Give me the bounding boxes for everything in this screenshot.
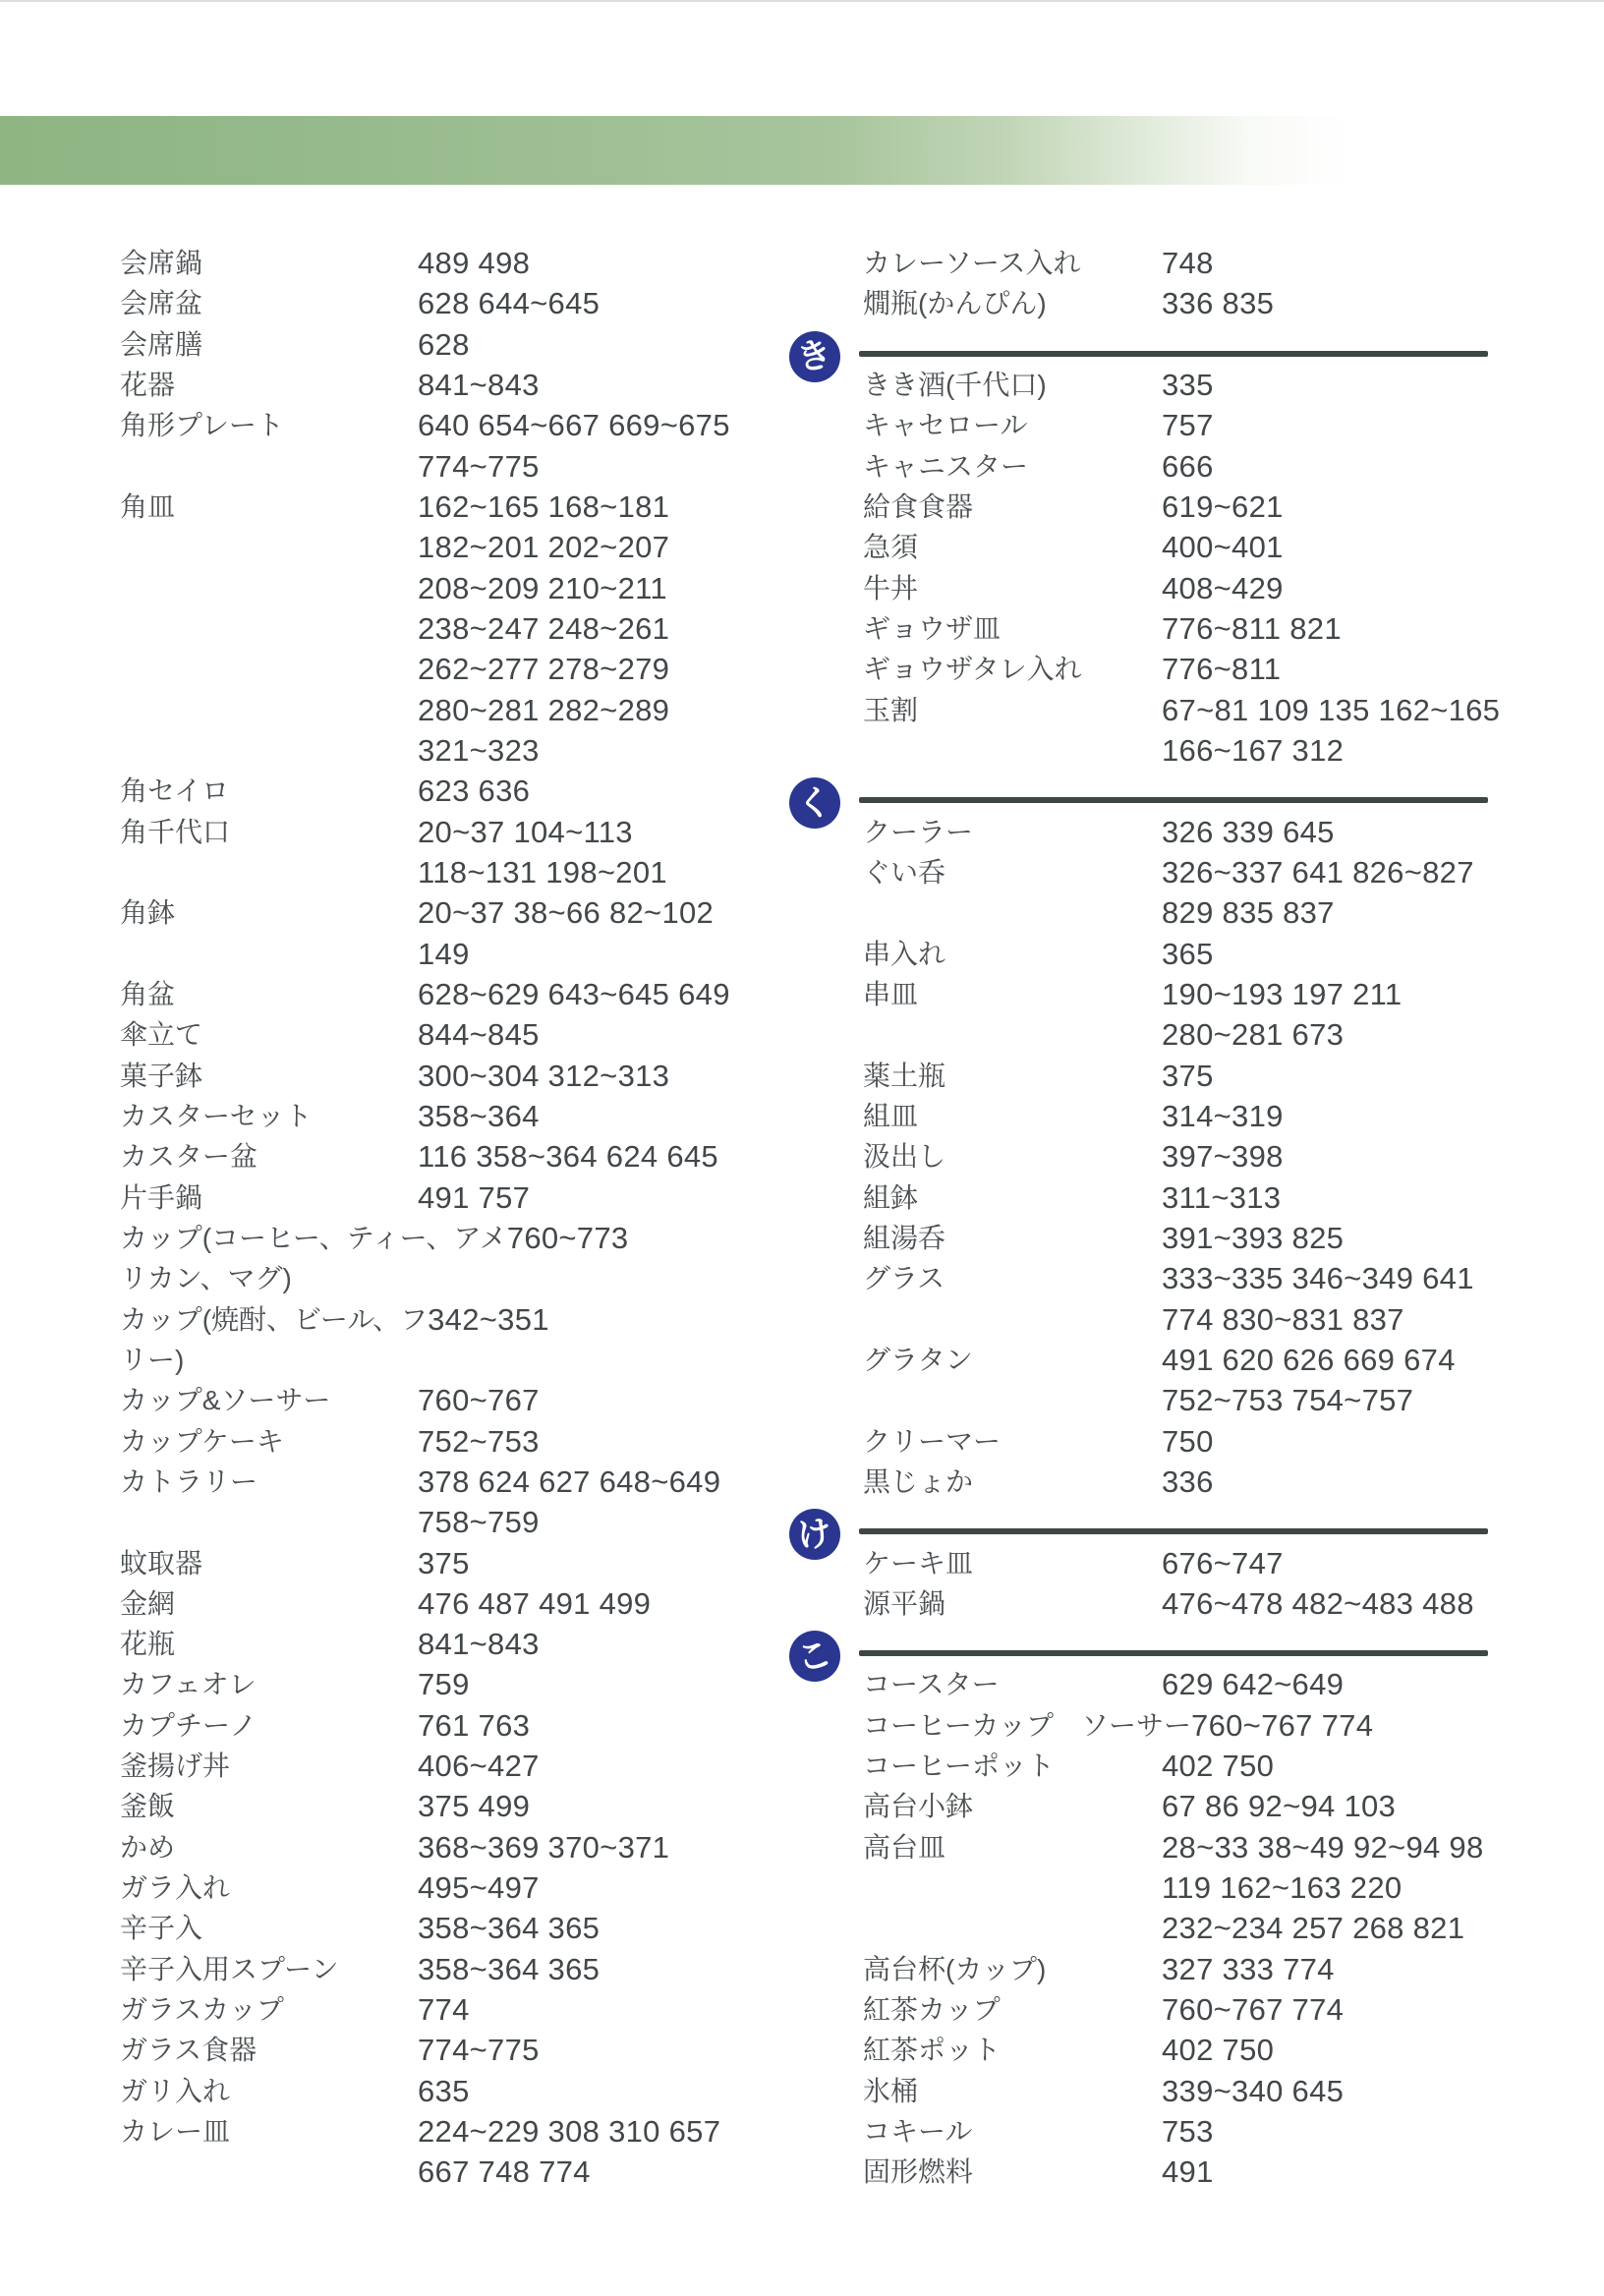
entry-pages-line: 365 xyxy=(1162,934,1530,974)
index-entry: カレー皿224~229 308 310 657667 748 774 xyxy=(120,2111,792,2193)
entry-pages-line: 776~811 821 xyxy=(1162,608,1530,649)
entry-term-line: 氷桶 xyxy=(863,2071,1162,2111)
entry-pages-line: 750 xyxy=(1162,1421,1530,1462)
entry-pages-line: 841~843 xyxy=(418,1624,792,1664)
index-entry: カフェオレ759 xyxy=(120,1664,792,1704)
entry-pages-line: 333~335 346~349 641 xyxy=(1162,1258,1530,1298)
entry-term: カレー皿 xyxy=(120,2111,418,2152)
entry-term-line: 角皿 xyxy=(120,487,418,527)
entry-pages-line: 67~81 109 135 162~165 xyxy=(1162,690,1530,730)
entry-term: 高台皿 xyxy=(863,1827,1162,1867)
entry-term-line: 紅茶カップ xyxy=(863,1989,1162,2030)
index-entry: 玉割67~81 109 135 162~165166~167 312 xyxy=(863,690,1530,772)
entry-pages-line: 774~775 xyxy=(418,446,792,487)
entry-pages-line: 402 750 xyxy=(1162,2030,1530,2070)
index-entry: 会席鍋489 498 xyxy=(120,243,792,283)
entry-term-line: 高台杯(カップ) xyxy=(863,1949,1162,1989)
entry-term: 給食食器 xyxy=(863,487,1162,527)
entry-term: コースター xyxy=(863,1664,1162,1704)
entry-term: 組皿 xyxy=(863,1096,1162,1136)
entry-pages-line: 20~37 104~113 xyxy=(418,812,792,852)
entry-pages-line: 358~364 365 xyxy=(418,1908,792,1948)
entry-pages-line: 761 763 xyxy=(418,1705,792,1746)
entry-term: カップ(焼酎、ビール、フリー) xyxy=(120,1299,428,1381)
entry-pages: 408~429 xyxy=(1162,568,1530,608)
entry-pages-line: 628 644~645 xyxy=(418,283,792,323)
entry-pages: 628 xyxy=(418,324,792,365)
entry-term: 牛丼 xyxy=(863,568,1162,608)
index-entry: 給食食器619~621 xyxy=(863,487,1530,527)
entry-pages-line: 280~281 673 xyxy=(1162,1014,1530,1055)
entry-term-line: キャセロール xyxy=(863,405,1162,445)
index-entry: カップケーキ752~753 xyxy=(120,1421,792,1462)
entry-term: 串入れ xyxy=(863,934,1162,974)
entry-pages: 326 339 645 xyxy=(1162,812,1530,852)
entry-pages: 750 xyxy=(1162,1421,1530,1462)
entry-pages-line: 375 xyxy=(1162,1056,1530,1096)
section-rule-ko xyxy=(859,1650,1488,1656)
scan-top-edge xyxy=(0,0,1604,2)
index-entry: コキール753 xyxy=(863,2111,1530,2152)
entry-term: 角盆 xyxy=(120,974,418,1014)
entry-pages: 224~229 308 310 657667 748 774 xyxy=(418,2111,792,2193)
entry-term: 会席鍋 xyxy=(120,243,418,283)
index-entry: 角皿162~165 168~181182~201 202~207208~209 … xyxy=(120,487,792,771)
entry-term-line: 組鉢 xyxy=(863,1177,1162,1218)
entry-term: 角セイロ xyxy=(120,771,418,811)
kana-badge-ku-icon: く xyxy=(789,777,840,829)
entry-pages: 327 333 774 xyxy=(1162,1949,1530,1989)
entry-pages: 491 xyxy=(1162,2152,1530,2192)
entry-term: 片手鍋 xyxy=(120,1177,418,1218)
entry-pages: 375 xyxy=(1162,1056,1530,1096)
index-entry: 片手鍋491 757 xyxy=(120,1177,792,1218)
entry-pages-line: 28~33 38~49 92~94 98 xyxy=(1162,1827,1530,1867)
entry-pages: 406~427 xyxy=(418,1746,792,1786)
entry-term-line: コーヒーポット xyxy=(863,1746,1162,1786)
entry-pages: 28~33 38~49 92~94 98119 162~163 220232~2… xyxy=(1162,1827,1530,1949)
entry-pages-line: 224~229 308 310 657 xyxy=(418,2111,792,2152)
entry-term: カトラリー xyxy=(120,1462,418,1502)
kana-badge-ko-icon: こ xyxy=(789,1631,840,1682)
entry-term-line: 会席鍋 xyxy=(120,243,418,283)
entry-term: 固形燃料 xyxy=(863,2152,1162,2192)
entry-pages-line: 119 162~163 220 xyxy=(1162,1867,1530,1908)
entry-pages-line: 378 624 627 648~649 xyxy=(418,1462,792,1502)
entry-term-line: 組湯呑 xyxy=(863,1218,1162,1258)
entry-term: クリーマー xyxy=(863,1421,1162,1462)
index-entry: 角千代口20~37 104~113118~131 198~201 xyxy=(120,812,792,893)
entry-pages-line: 391~393 825 xyxy=(1162,1218,1530,1258)
entry-term-line: 急須 xyxy=(863,527,1162,567)
entry-pages: 339~340 645 xyxy=(1162,2071,1530,2111)
entry-term-line: カトラリー xyxy=(120,1462,418,1502)
entry-term: カップ(コーヒー、ティー、アメリカン、マグ) xyxy=(120,1218,507,1299)
entry-term-line: ガラスカップ xyxy=(120,1989,418,2030)
entry-term-line: 角盆 xyxy=(120,974,418,1014)
catalog-index-page: 会席鍋489 498会席盆628 644~645会席膳628花器841~843角… xyxy=(0,0,1604,2296)
entry-pages-line: 844~845 xyxy=(418,1014,792,1055)
entry-pages-line: 326 339 645 xyxy=(1162,812,1530,852)
entry-term: カスターセット xyxy=(120,1096,418,1136)
entry-term-line: 花瓶 xyxy=(120,1624,418,1664)
entry-pages: 402 750 xyxy=(1162,2030,1530,2070)
entry-term-line: 黒じょか xyxy=(863,1462,1162,1502)
entry-pages: 400~401 xyxy=(1162,527,1530,567)
entry-pages-line: 491 620 626 669 674 xyxy=(1162,1340,1530,1380)
entry-pages: 841~843 xyxy=(418,1624,792,1664)
entry-pages: 375 499 xyxy=(418,1786,792,1826)
entry-pages: 358~364 xyxy=(418,1096,792,1136)
index-entry: 源平鍋476~478 482~483 488 xyxy=(863,1583,1530,1624)
entry-term: カップ&ソーサー xyxy=(120,1380,418,1420)
entry-pages-line: 326~337 641 826~827 xyxy=(1162,852,1530,892)
entry-pages-line: 676~747 xyxy=(1162,1543,1530,1583)
entry-term: 串皿 xyxy=(863,974,1162,1014)
entry-term-line: カスター盆 xyxy=(120,1136,418,1177)
entry-pages: 640 654~667 669~675774~775 xyxy=(418,405,792,487)
entry-pages-line: 20~37 38~66 82~102 xyxy=(418,892,792,933)
index-entry: ガラス食器774~775 xyxy=(120,2030,792,2070)
entry-pages-line: 336 xyxy=(1162,1462,1530,1502)
entry-pages-line: 358~364 xyxy=(418,1096,792,1136)
entry-pages: 20~37 104~113118~131 198~201 xyxy=(418,812,792,893)
entry-pages: 20~37 38~66 82~102149 xyxy=(418,892,792,974)
section-rule-ke xyxy=(859,1528,1488,1534)
index-entry: 高台杯(カップ)327 333 774 xyxy=(863,1949,1530,1989)
index-entry: カップ(焼酎、ビール、フリー)342~351 xyxy=(120,1299,792,1381)
entry-pages-line: 635 xyxy=(418,2071,792,2111)
entry-pages: 491 757 xyxy=(418,1177,792,1218)
entry-pages-line: 760~767 xyxy=(418,1380,792,1420)
entry-pages-line: 491 xyxy=(1162,2152,1530,2192)
entry-pages-line: 760~767 774 xyxy=(1191,1705,1530,1746)
entry-pages-line: 757 xyxy=(1162,405,1530,445)
entry-term-line: 角鉢 xyxy=(120,892,418,933)
index-entry: コーヒーカップ ソーサー760~767 774 xyxy=(863,1705,1530,1746)
entry-term-line: 紅茶ポット xyxy=(863,2030,1162,2070)
entry-term: ガラス食器 xyxy=(120,2030,418,2070)
entry-term: ギョウザタレ入れ xyxy=(863,649,1162,689)
entry-pages: 495~497 xyxy=(418,1867,792,1908)
entry-term: きき酒(千代口) xyxy=(863,365,1162,405)
entry-term-line: 角千代口 xyxy=(120,812,418,852)
entry-pages: 333~335 346~349 641774 830~831 837 xyxy=(1162,1258,1530,1340)
entry-pages: 300~304 312~313 xyxy=(418,1056,792,1096)
index-entry: かめ368~369 370~371 xyxy=(120,1827,792,1867)
entry-pages-line: 402 750 xyxy=(1162,1746,1530,1786)
entry-pages: 774~775 xyxy=(418,2030,792,2070)
entry-pages: 476 487 491 499 xyxy=(418,1583,792,1624)
entry-pages: 326~337 641 826~827829 835 837 xyxy=(1162,852,1530,934)
entry-term: 傘立て xyxy=(120,1014,418,1055)
entry-pages: 489 498 xyxy=(418,243,792,283)
index-entry: カトラリー378 624 627 648~649758~759 xyxy=(120,1462,792,1543)
entry-term-line: ガリ入れ xyxy=(120,2071,418,2111)
entry-term: 角鉢 xyxy=(120,892,418,933)
entry-term-line: コーヒーカップ ソーサー xyxy=(863,1705,1191,1746)
index-entry: 氷桶339~340 645 xyxy=(863,2071,1530,2111)
entry-term: ガラ入れ xyxy=(120,1867,418,1908)
entry-term-line: 串皿 xyxy=(863,974,1162,1014)
entry-term: 辛子入用スプーン xyxy=(120,1949,418,1989)
entry-pages: 378 624 627 648~649758~759 xyxy=(418,1462,792,1543)
entry-term-line: 蚊取器 xyxy=(120,1543,418,1583)
index-entry: 釜飯375 499 xyxy=(120,1786,792,1826)
entry-pages-line: 774 830~831 837 xyxy=(1162,1299,1530,1340)
entry-term-line: 菓子鉢 xyxy=(120,1056,418,1096)
entry-pages-line: 232~234 257 268 821 xyxy=(1162,1908,1530,1948)
entry-pages-line: 753 xyxy=(1162,2111,1530,2152)
kana-glyph-ke: け xyxy=(796,1516,833,1553)
entry-pages-line: 640 654~667 669~675 xyxy=(418,405,792,445)
entry-pages-line: 408~429 xyxy=(1162,568,1530,608)
index-entry: コースター629 642~649 xyxy=(863,1664,1530,1704)
entry-pages: 753 xyxy=(1162,2111,1530,2152)
entry-term: 花器 xyxy=(120,365,418,405)
entry-pages: 368~369 370~371 xyxy=(418,1827,792,1867)
entry-pages-line: 375 499 xyxy=(418,1786,792,1826)
index-entry: 辛子入358~364 365 xyxy=(120,1908,792,1948)
entry-term-line: クーラー xyxy=(863,812,1162,852)
entry-pages-line: 776~811 xyxy=(1162,649,1530,689)
entry-pages: 190~193 197 211280~281 673 xyxy=(1162,974,1530,1056)
entry-pages-line: 397~398 xyxy=(1162,1136,1530,1177)
entry-term-line: 固形燃料 xyxy=(863,2152,1162,2192)
entry-term: 角皿 xyxy=(120,487,418,527)
entry-pages-line: 327 333 774 xyxy=(1162,1949,1530,1989)
entry-pages-line: 666 xyxy=(1162,446,1530,487)
index-entry: 固形燃料491 xyxy=(863,2152,1530,2192)
entry-pages-line: 162~165 168~181 xyxy=(418,487,792,527)
kana-glyph-ko: こ xyxy=(794,1636,835,1677)
entry-term-line: 片手鍋 xyxy=(120,1177,418,1218)
entry-term-line: 傘立て xyxy=(120,1014,418,1055)
entry-pages-line: 149 xyxy=(418,934,792,974)
index-entry: カスターセット358~364 xyxy=(120,1096,792,1136)
entry-term: 急須 xyxy=(863,527,1162,567)
section-rule-ki xyxy=(859,351,1488,357)
entry-term-line: カプチーノ xyxy=(120,1705,418,1746)
entry-pages-line: 619~621 xyxy=(1162,487,1530,527)
entry-pages: 402 750 xyxy=(1162,1746,1530,1786)
index-entry: ぐい呑326~337 641 826~827829 835 837 xyxy=(863,852,1530,934)
entry-pages: 397~398 xyxy=(1162,1136,1530,1177)
entry-term-line: ガラス食器 xyxy=(120,2030,418,2070)
entry-term-line: キャニスター xyxy=(863,446,1162,487)
entry-pages: 635 xyxy=(418,2071,792,2111)
entry-pages-line: 321~323 xyxy=(418,730,792,771)
index-entry: 傘立て844~845 xyxy=(120,1014,792,1055)
index-entry: 串皿190~193 197 211280~281 673 xyxy=(863,974,1530,1056)
entry-pages-line: 166~167 312 xyxy=(1162,730,1530,771)
entry-pages-line: 375 xyxy=(418,1543,792,1583)
index-entry: 串入れ365 xyxy=(863,934,1530,974)
entry-term-line: コースター xyxy=(863,1664,1162,1704)
entry-pages-line: 182~201 202~207 xyxy=(418,527,792,567)
index-entry: 急須400~401 xyxy=(863,527,1530,567)
entry-pages: 365 xyxy=(1162,934,1530,974)
entry-pages: 476~478 482~483 488 xyxy=(1162,1583,1530,1624)
section-divider-ke: け xyxy=(863,1502,1530,1542)
entry-term: コーヒーポット xyxy=(863,1746,1162,1786)
entry-term-line: 釜揚げ丼 xyxy=(120,1746,418,1786)
entry-pages-line: 300~304 312~313 xyxy=(418,1056,792,1096)
entry-pages-line: 759 xyxy=(418,1664,792,1704)
entry-pages: 375 xyxy=(418,1543,792,1583)
entry-pages: 760~767 xyxy=(418,1380,792,1420)
entry-term-line: ギョウザタレ入れ xyxy=(863,649,1162,689)
entry-term: 紅茶カップ xyxy=(863,1989,1162,2030)
entry-pages-line: 476 487 491 499 xyxy=(418,1583,792,1624)
entry-pages: 761 763 xyxy=(418,1705,792,1746)
entry-term: 組鉢 xyxy=(863,1177,1162,1218)
entry-term: 会席盆 xyxy=(120,283,418,323)
index-entry: 牛丼408~429 xyxy=(863,568,1530,608)
entry-term: かめ xyxy=(120,1827,418,1867)
entry-term: カフェオレ xyxy=(120,1664,418,1704)
entry-pages-line: 342~351 xyxy=(428,1299,792,1340)
index-entry: ギョウザタレ入れ776~811 xyxy=(863,649,1530,689)
entry-term: ガラスカップ xyxy=(120,1989,418,2030)
entry-pages-line: 758~759 xyxy=(418,1502,792,1542)
header-green-bar xyxy=(0,116,1604,185)
entry-term-line: グラタン xyxy=(863,1340,1162,1380)
entry-term: 会席膳 xyxy=(120,324,418,365)
entry-pages-line: 623 636 xyxy=(418,771,792,811)
index-entry: 会席盆628 644~645 xyxy=(120,283,792,323)
entry-term: キャニスター xyxy=(863,446,1162,487)
entry-pages-line: 368~369 370~371 xyxy=(418,1827,792,1867)
entry-term: 紅茶ポット xyxy=(863,2030,1162,2070)
entry-term-line: 金網 xyxy=(120,1583,418,1624)
entry-pages: 358~364 365 xyxy=(418,1908,792,1948)
entry-pages: 311~313 xyxy=(1162,1177,1530,1218)
entry-pages-line: 629 642~649 xyxy=(1162,1664,1530,1704)
index-entry: キャセロール757 xyxy=(863,405,1530,445)
entry-pages: 335 xyxy=(1162,365,1530,405)
index-entry: カプチーノ761 763 xyxy=(120,1705,792,1746)
entry-term: コキール xyxy=(863,2111,1162,2152)
entry-term-line: 高台小鉢 xyxy=(863,1786,1162,1826)
index-entry: ガリ入れ635 xyxy=(120,2071,792,2111)
entry-term: 源平鍋 xyxy=(863,1583,1162,1624)
entry-pages: 162~165 168~181182~201 202~207208~209 21… xyxy=(418,487,792,771)
index-entry: 組鉢311~313 xyxy=(863,1177,1530,1218)
index-entry: 角盆628~629 643~645 649 xyxy=(120,974,792,1014)
entry-pages-line: 280~281 282~289 xyxy=(418,690,792,730)
entry-pages-line: 190~193 197 211 xyxy=(1162,974,1530,1014)
index-entry: 薬土瓶375 xyxy=(863,1056,1530,1096)
index-entry: 紅茶ポット402 750 xyxy=(863,2030,1530,2070)
index-entry: カップ&ソーサー760~767 xyxy=(120,1380,792,1420)
index-entry: 高台皿28~33 38~49 92~94 98119 162~163 22023… xyxy=(863,1827,1530,1949)
entry-pages-line: 491 757 xyxy=(418,1177,792,1218)
entry-pages: 844~845 xyxy=(418,1014,792,1055)
entry-pages-line: 311~313 xyxy=(1162,1177,1530,1218)
entry-term: ケーキ皿 xyxy=(863,1543,1162,1583)
entry-term: 角千代口 xyxy=(120,812,418,852)
entry-pages-line: 400~401 xyxy=(1162,527,1530,567)
entry-term: ガリ入れ xyxy=(120,2071,418,2111)
entry-term-line: カレー皿 xyxy=(120,2111,418,2152)
entry-term-line: カスターセット xyxy=(120,1096,418,1136)
entry-term: カップケーキ xyxy=(120,1421,418,1462)
entry-term-line: カレーソース入れ xyxy=(863,243,1162,283)
entry-term: 釜飯 xyxy=(120,1786,418,1826)
entry-pages-line: 118~131 198~201 xyxy=(418,852,792,892)
entry-term: 菓子鉢 xyxy=(120,1056,418,1096)
entry-pages: 759 xyxy=(418,1664,792,1704)
entry-term-line: きき酒(千代口) xyxy=(863,365,1162,405)
entry-term-line: 花器 xyxy=(120,365,418,405)
entry-term-line: 薬土瓶 xyxy=(863,1056,1162,1096)
index-entry: ガラスカップ774 xyxy=(120,1989,792,2030)
entry-pages: 342~351 xyxy=(428,1299,792,1340)
section-divider-ku: く xyxy=(863,771,1530,811)
entry-pages-line: 489 498 xyxy=(418,243,792,283)
entry-term: グラタン xyxy=(863,1340,1162,1380)
index-entry: 花器841~843 xyxy=(120,365,792,405)
index-entry: カップ(コーヒー、ティー、アメリカン、マグ)760~773 xyxy=(120,1218,792,1299)
entry-term-line: カップ(焼酎、ビール、フ xyxy=(120,1299,428,1340)
index-column-right: カレーソース入れ748燗瓶(かんぴん)336 835ききき酒(千代口)335キャ… xyxy=(863,243,1530,2193)
entry-pages: 760~767 774 xyxy=(1162,1989,1530,2030)
entry-pages: 776~811 821 xyxy=(1162,608,1530,649)
entry-pages: 116 358~364 624 645 xyxy=(418,1136,792,1177)
entry-term-line: 汲出し xyxy=(863,1136,1162,1177)
entry-pages: 628 644~645 xyxy=(418,283,792,323)
section-divider-ki: き xyxy=(863,324,1530,365)
entry-term-line: 玉割 xyxy=(863,690,1162,730)
entry-term: 釜揚げ丼 xyxy=(120,1746,418,1786)
index-entry: ギョウザ皿776~811 821 xyxy=(863,608,1530,649)
index-entry: 組湯呑391~393 825 xyxy=(863,1218,1530,1258)
entry-term: コーヒーカップ ソーサー xyxy=(863,1705,1191,1746)
entry-term: カプチーノ xyxy=(120,1705,418,1746)
entry-pages: 314~319 xyxy=(1162,1096,1530,1136)
entry-pages-line: 760~773 xyxy=(507,1218,792,1258)
entry-term: 燗瓶(かんぴん) xyxy=(863,283,1162,323)
entry-term-line: カップケーキ xyxy=(120,1421,418,1462)
index-entry: 辛子入用スプーン358~364 365 xyxy=(120,1949,792,1989)
entry-pages: 776~811 xyxy=(1162,649,1530,689)
index-entry: グラタン491 620 626 669 674752~753 754~757 xyxy=(863,1340,1530,1421)
index-entry: 角形プレート640 654~667 669~675774~775 xyxy=(120,405,792,487)
entry-term: カレーソース入れ xyxy=(863,243,1162,283)
entry-pages: 336 xyxy=(1162,1462,1530,1502)
entry-pages-line: 841~843 xyxy=(418,365,792,405)
entry-pages: 841~843 xyxy=(418,365,792,405)
entry-term-line: 辛子入用スプーン xyxy=(120,1949,418,1989)
entry-term-line: 角形プレート xyxy=(120,405,418,445)
index-entry: 釜揚げ丼406~427 xyxy=(120,1746,792,1786)
index-entry: 蚊取器375 xyxy=(120,1543,792,1583)
entry-term: グラス xyxy=(863,1258,1162,1298)
entry-pages: 336 835 xyxy=(1162,283,1530,323)
index-entry: クーラー326 339 645 xyxy=(863,812,1530,852)
index-entry: 汲出し397~398 xyxy=(863,1136,1530,1177)
entry-pages-line: 339~340 645 xyxy=(1162,2071,1530,2111)
entry-pages: 757 xyxy=(1162,405,1530,445)
entry-pages-line: 476~478 482~483 488 xyxy=(1162,1583,1530,1624)
entry-term: 花瓶 xyxy=(120,1624,418,1664)
index-entry: キャニスター666 xyxy=(863,446,1530,487)
entry-pages: 628~629 643~645 649 xyxy=(418,974,792,1014)
entry-term: 汲出し xyxy=(863,1136,1162,1177)
entry-term-line: 辛子入 xyxy=(120,1908,418,1948)
entry-pages: 67 86 92~94 103 xyxy=(1162,1786,1530,1826)
